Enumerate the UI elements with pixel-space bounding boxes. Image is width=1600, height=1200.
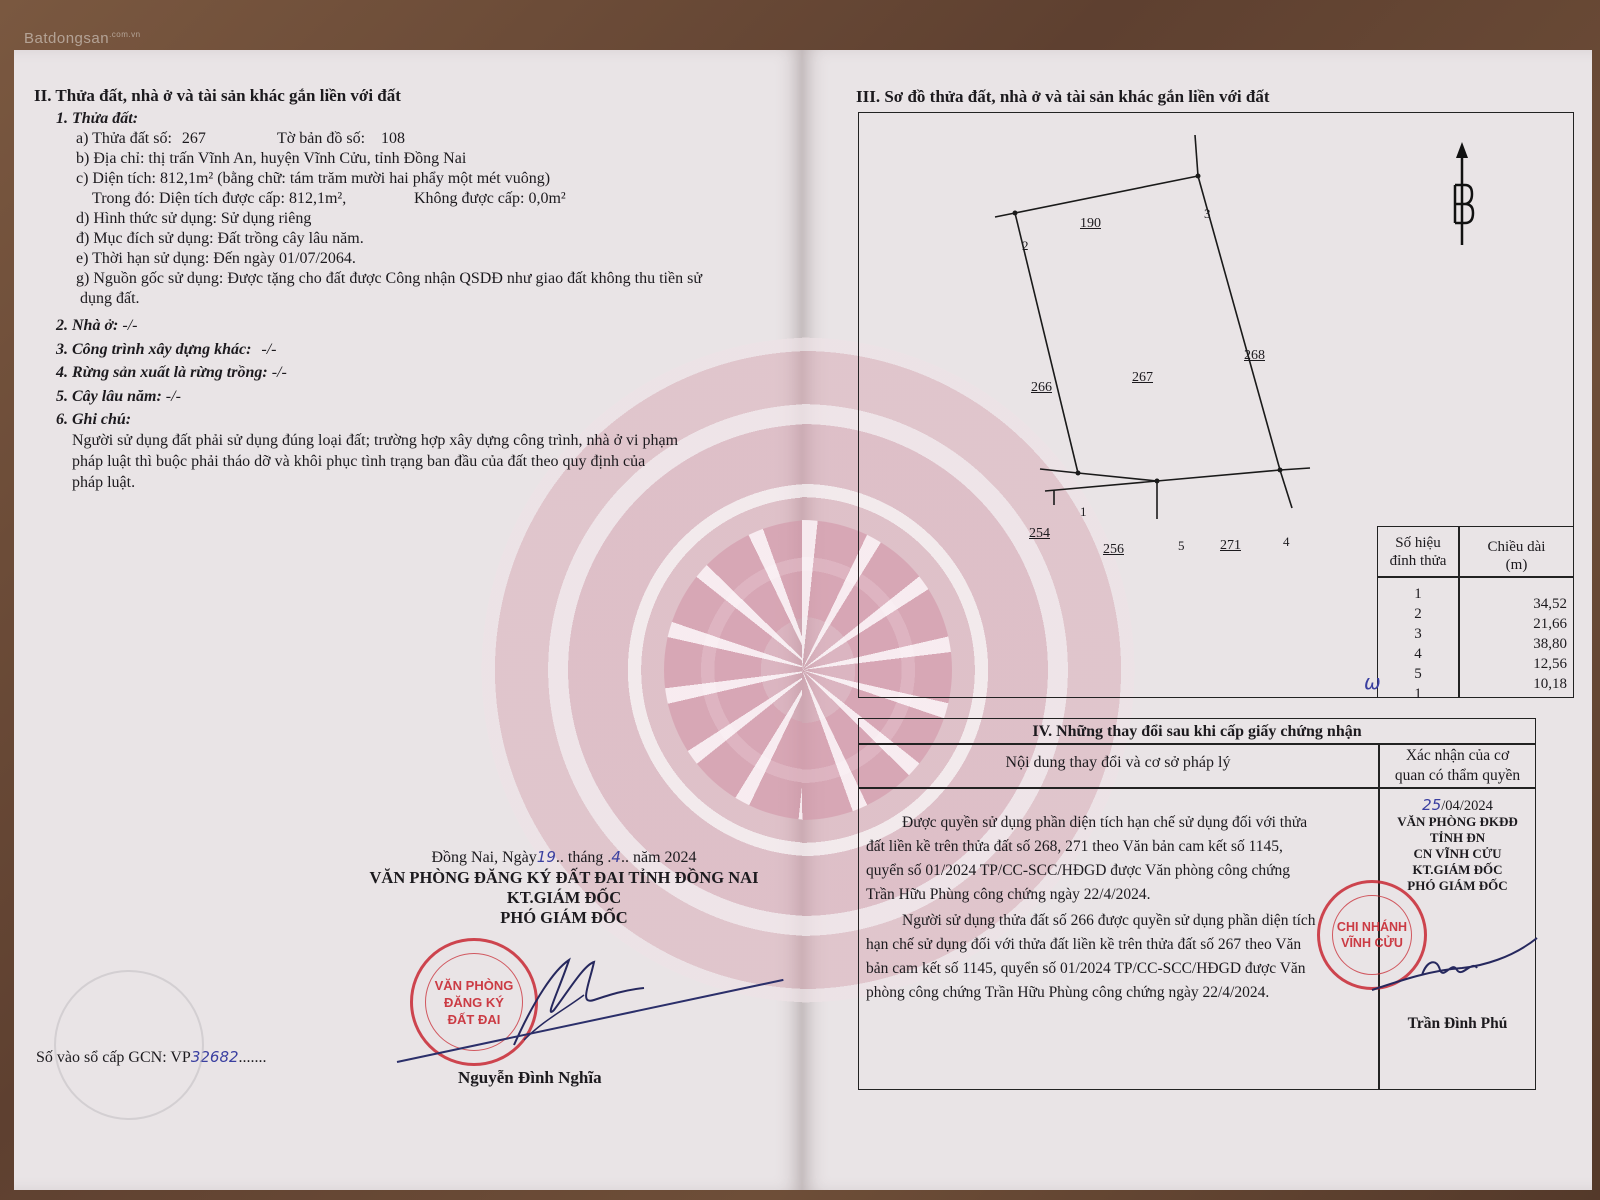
forest-value: -/-	[272, 364, 287, 381]
watermark-suffix: .com.vn	[109, 30, 141, 39]
vertex-cell: 4	[1378, 644, 1458, 664]
map-sheet-number: 108	[381, 130, 405, 147]
vertex-header-line1: Số hiệu	[1378, 534, 1458, 552]
year-label: năm 2024	[633, 849, 697, 866]
length-column: 34,5221,6638,8012,5610,18	[1459, 594, 1567, 694]
notes-line3: pháp luật.	[72, 473, 135, 493]
change-line: Được quyền sử dụng phần diện tích hạn ch…	[902, 811, 1307, 835]
signature-scribble	[394, 950, 654, 1070]
section-ii-title: II. Thửa đất, nhà ở và tài sản khác gắn …	[34, 86, 401, 106]
vertex-cell: 2	[1378, 604, 1458, 624]
issue-day: 19	[537, 848, 556, 866]
changes-confirm-header: Xác nhận của cơ quan có thẩm quyền	[1379, 746, 1536, 786]
neighbor-254: 254	[1029, 524, 1050, 544]
length-cell: 34,52	[1459, 594, 1567, 614]
changes-title-divider	[858, 743, 1536, 745]
perennial-row: 5. Cây lâu năm: -/-	[56, 387, 181, 407]
registry-number-row: Số vào sổ cấp GCN: VP32682.......	[36, 1047, 267, 1068]
table-header-divider	[1377, 576, 1574, 578]
initial-mark: ω	[1364, 670, 1381, 694]
issue-month: 4	[611, 848, 621, 866]
map-sheet-label: Tờ bản đồ số:	[277, 130, 365, 147]
changes-title: IV. Những thay đổi sau khi cấp giấy chứn…	[858, 722, 1536, 742]
length-cell: 21,66	[1459, 614, 1567, 634]
house-value: -/-	[122, 317, 137, 334]
area-granted: Trong đó: Diện tích được cấp: 812,1m²,	[92, 189, 346, 209]
area: c) Diện tích: 812,1m² (bằng chữ: tám tră…	[76, 169, 550, 189]
vertex-1: 1	[1080, 502, 1087, 522]
parcel-number: 267	[182, 130, 206, 147]
forest-row: 4. Rừng sản xuất là rừng trồng: -/-	[56, 363, 287, 383]
confirm-on-behalf: KT.GIÁM ĐỐC	[1379, 862, 1536, 878]
address: b) Địa chỉ: thị trấn Vĩnh An, huyện Vĩnh…	[76, 149, 466, 169]
vertex-cell: 1	[1378, 584, 1458, 604]
confirm-day: 25	[1422, 796, 1441, 814]
signer-name: Nguyễn Đình Nghĩa	[458, 1068, 602, 1088]
issuing-office: VĂN PHÒNG ĐĂNG KÝ ĐẤT ĐAI TỈNH ĐỒNG NAI	[344, 868, 784, 888]
vertex-3: 3	[1204, 204, 1211, 224]
watermark-logo: Batdongsan.com.vn	[24, 30, 141, 47]
confirm-office-line3: CN VĨNH CỬU	[1379, 846, 1536, 862]
change-line: hạn chế sử dụng đối với thửa đất liền kề…	[866, 933, 1301, 957]
place-date: Đồng Nai, Ngày19.. tháng .4.. năm 2024	[344, 847, 784, 868]
vertex-cell: 1	[1378, 684, 1458, 704]
length-cell: 10,18	[1459, 674, 1567, 694]
change-line: quyển số 01/2024 TP/CC-SCC/HĐGD được Văn…	[866, 859, 1290, 883]
usage-origin-line2: dụng đất.	[80, 289, 140, 309]
other-construction-value: -/-	[261, 341, 276, 358]
length-header-line2: (m)	[1459, 556, 1574, 574]
vertex-header-line2: đỉnh thửa	[1378, 552, 1458, 570]
neighbor-190: 190	[1080, 214, 1101, 234]
forest-label: 4. Rừng sản xuất là rừng trồng:	[56, 364, 268, 381]
usage-term: e) Thời hạn sử dụng: Đến ngày 01/07/2064…	[76, 249, 356, 269]
neighbor-271: 271	[1220, 536, 1241, 556]
neighbor-256: 256	[1103, 540, 1124, 560]
left-page: II. Thửa đất, nhà ở và tài sản khác gắn …	[14, 50, 802, 1190]
place-date-prefix: Đồng Nai, Ngày	[431, 849, 536, 866]
vertex-cell: 3	[1378, 624, 1458, 644]
vertex-cell: 5	[1378, 664, 1458, 684]
perennial-label: 5. Cây lâu năm:	[56, 388, 162, 405]
embossed-seal	[54, 970, 204, 1120]
vertex-header: Số hiệu đỉnh thửa	[1378, 534, 1458, 570]
confirm-date-rest: /04/2024	[1441, 798, 1493, 814]
signature-block: Đồng Nai, Ngày19.. tháng .4.. năm 2024 V…	[344, 847, 784, 928]
month-label: tháng	[568, 849, 604, 866]
length-header-line1: Chiều dài	[1459, 538, 1574, 556]
change-line: Người sử dụng thửa đất số 266 được quyền…	[902, 909, 1316, 933]
change-line: bản cam kết số 1145, quyển số 01/2024 TP…	[866, 957, 1306, 981]
map-sheet-row: Tờ bản đồ số: 108	[277, 129, 405, 149]
confirm-office-line2: TỈNH ĐN	[1379, 830, 1536, 846]
usage-form: d) Hình thức sử dụng: Sử dụng riêng	[76, 209, 311, 229]
parcel-label: a) Thửa đất số:	[76, 130, 172, 147]
registry-label: Số vào sổ cấp GCN: VP	[36, 1049, 191, 1066]
length-cell: 12,56	[1459, 654, 1567, 674]
notes-line2: pháp luật thì buộc phải tháo dỡ và khôi …	[72, 452, 645, 472]
usage-purpose: đ) Mục đích sử dụng: Đất trồng cây lâu n…	[76, 229, 364, 249]
drum-star-watermark	[664, 520, 802, 820]
vertex-2: 2	[1022, 236, 1029, 256]
confirm-header-line1: Xác nhận của cơ	[1379, 746, 1536, 766]
change-line: Trần Hữu Phùng công chứng ngày 22/4/2024…	[866, 883, 1150, 907]
vertex-4: 4	[1283, 532, 1290, 552]
confirm-signature	[1362, 930, 1562, 1010]
changes-header-divider	[858, 787, 1536, 789]
confirm-block: 25/04/2024 VĂN PHÒNG ĐKĐĐ TỈNH ĐN CN VĨN…	[1379, 797, 1536, 894]
change-line: đất liền kề trên thửa đất số 268, 271 th…	[866, 835, 1283, 859]
perennial-value: -/-	[166, 388, 181, 405]
length-cell: 38,80	[1459, 634, 1567, 654]
confirm-date: 25/04/2024	[1379, 797, 1536, 814]
north-arrow-icon	[1447, 140, 1477, 250]
vertex-column: 123451	[1378, 584, 1458, 704]
other-construction-row: 3. Công trình xây dựng khác: -/-	[56, 340, 277, 360]
other-construction-label: 3. Công trình xây dựng khác:	[56, 341, 251, 358]
confirm-header-line2: quan có thẩm quyền	[1379, 766, 1536, 786]
length-header: Chiều dài (m)	[1459, 538, 1574, 574]
parcel-number-row: a) Thửa đất số: 267	[76, 129, 206, 149]
neighbor-266: 266	[1031, 378, 1052, 398]
land-heading: 1. Thửa đất:	[56, 109, 138, 129]
signer-title: PHÓ GIÁM ĐỐC	[344, 908, 784, 928]
registry-number: 32682	[191, 1048, 239, 1066]
vertex-5: 5	[1178, 536, 1185, 556]
area-not-granted: Không được cấp: 0,0m²	[414, 189, 566, 209]
parcel-267-label: 267	[1132, 368, 1153, 388]
house-label: 2. Nhà ở:	[56, 317, 118, 334]
on-behalf-label: KT.GIÁM ĐỐC	[344, 888, 784, 908]
confirm-signer: Trần Đình Phú	[1379, 1014, 1536, 1034]
house-row: 2. Nhà ở: -/-	[56, 316, 137, 336]
watermark-brand: Batdongsan	[24, 30, 109, 47]
right-page: III. Sơ đồ thửa đất, nhà ở và tài sản kh…	[802, 50, 1592, 1190]
notes-heading: 6. Ghi chú:	[56, 410, 131, 430]
usage-origin-line1: g) Nguồn gốc sử dụng: Được tặng cho đất …	[76, 269, 702, 289]
confirm-office-line1: VĂN PHÒNG ĐKĐĐ	[1379, 814, 1536, 830]
changes-content-header: Nội dung thay đổi và cơ sở pháp lý	[858, 753, 1378, 773]
notes-line1: Người sử dụng đất phải sử dụng đúng loại…	[72, 431, 678, 451]
change-line: phòng công chứng Trần Hữu Phùng công chứ…	[866, 981, 1269, 1005]
neighbor-268: 268	[1244, 346, 1265, 366]
